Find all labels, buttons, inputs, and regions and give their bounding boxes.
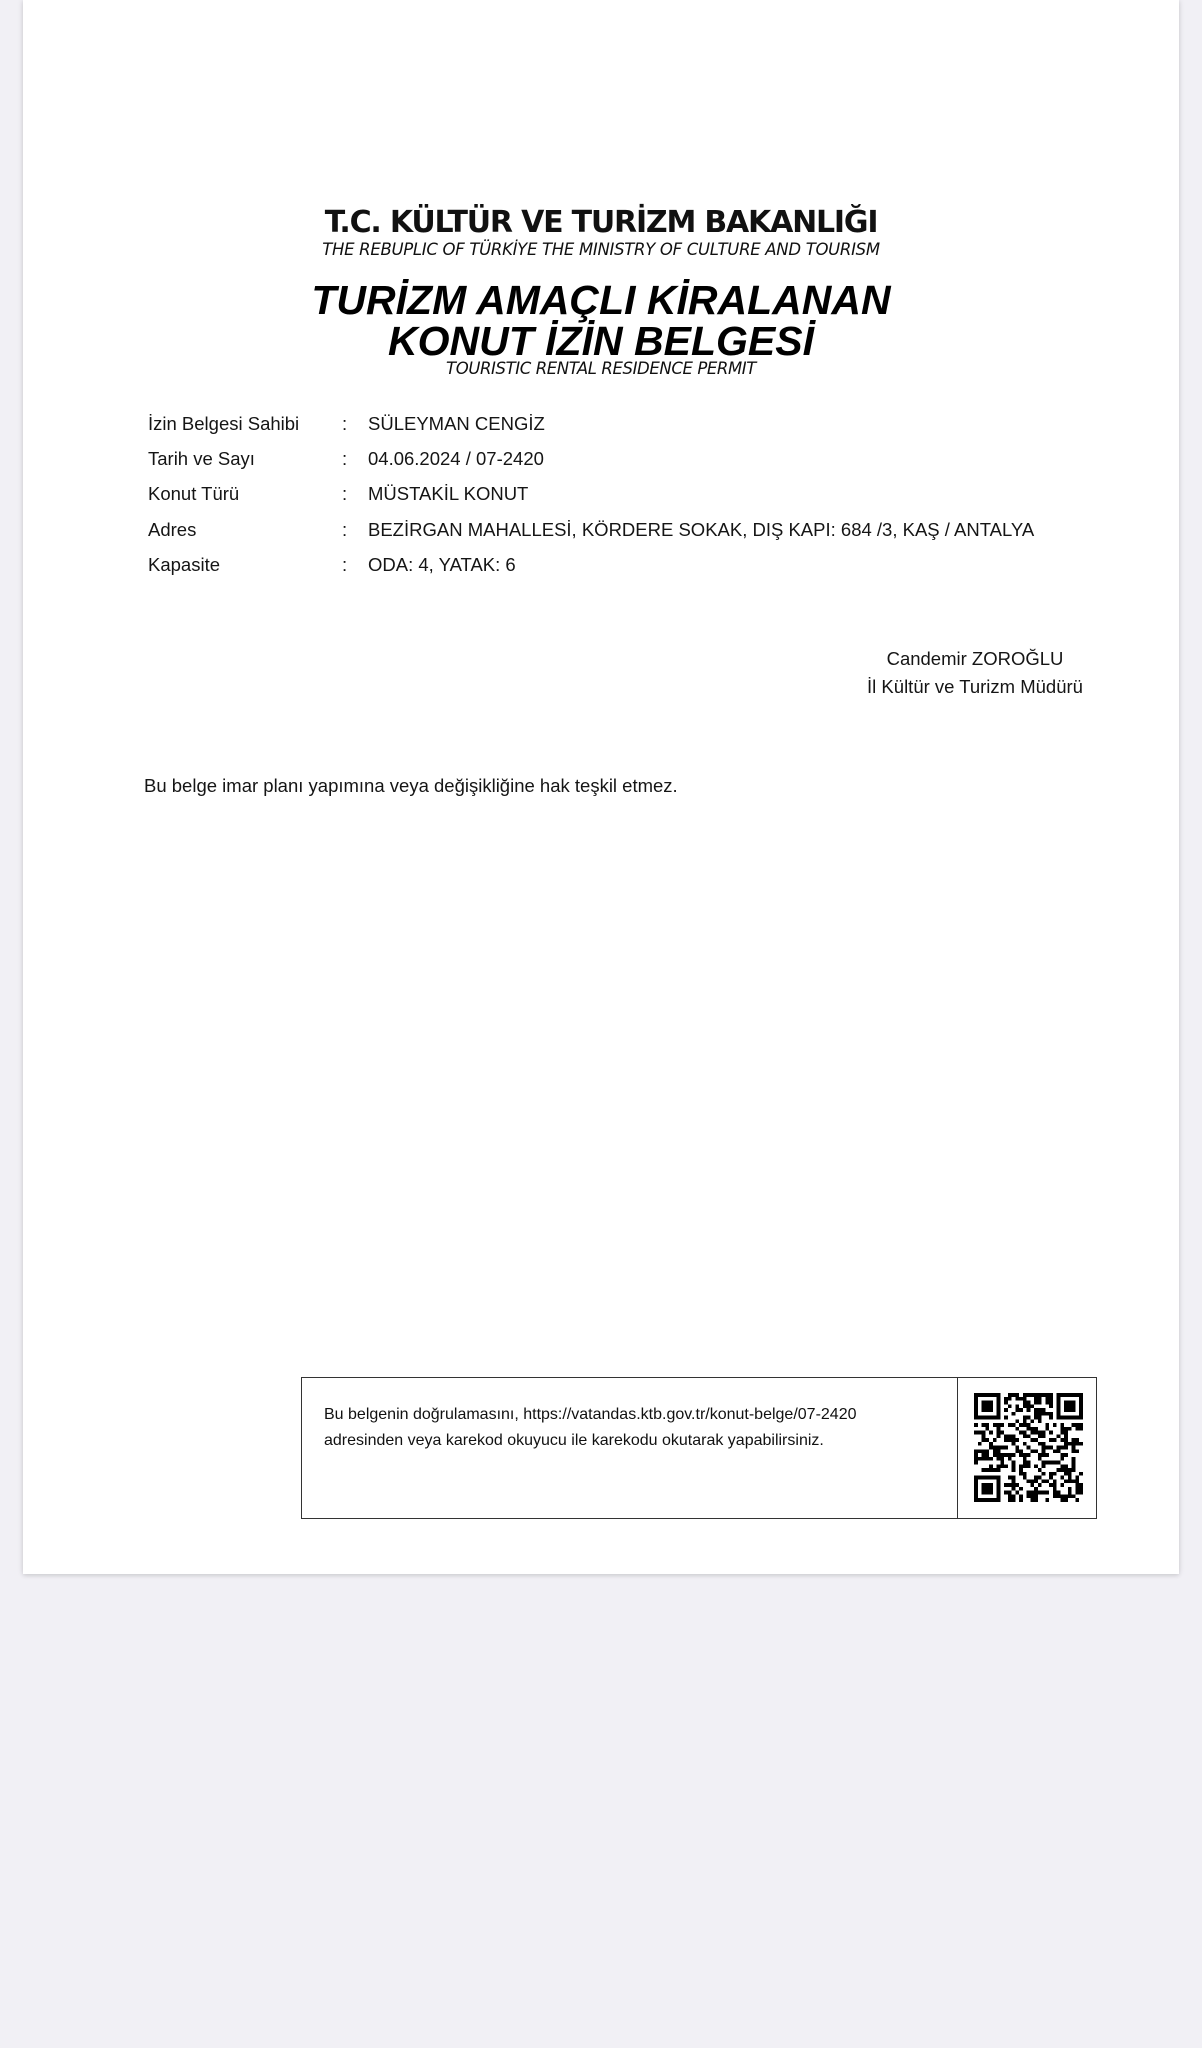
field-row-residence-type: Konut Türü : MÜSTAKİL KONUT xyxy=(0,483,1202,509)
field-separator: : xyxy=(342,519,347,541)
signer-title: İl Kültür ve Turizm Müdürü xyxy=(865,676,1085,698)
field-row-address: Adres : BEZİRGAN MAHALLESİ, KÖRDERE SOKA… xyxy=(0,519,1202,545)
document-title-line2: KONUT İZİN BELGESİ xyxy=(0,321,1202,362)
field-value: BEZİRGAN MAHALLESİ, KÖRDERE SOKAK, DIŞ K… xyxy=(368,519,1034,541)
field-label: Tarih ve Sayı xyxy=(148,448,255,470)
signer-name: Candemir ZOROĞLU xyxy=(885,648,1065,670)
verification-box: Bu belgenin doğrulamasını, https://vatan… xyxy=(301,1377,1097,1519)
document-title-line1: TURİZM AMAÇLI KİRALANAN xyxy=(0,280,1202,321)
field-value: MÜSTAKİL KONUT xyxy=(368,483,528,505)
verification-line1: Bu belgenin doğrulamasını, https://vatan… xyxy=(324,1402,857,1428)
field-separator: : xyxy=(342,483,347,505)
field-row-capacity: Kapasite : ODA: 4, YATAK: 6 xyxy=(0,554,1202,580)
field-label: İzin Belgesi Sahibi xyxy=(148,413,299,435)
field-row-date-number: Tarih ve Sayı : 04.06.2024 / 07-2420 xyxy=(0,448,1202,474)
verification-text: Bu belgenin doğrulamasını, https://vatan… xyxy=(324,1402,857,1454)
field-value: ODA: 4, YATAK: 6 xyxy=(368,554,516,576)
ministry-name: T.C. KÜLTÜR VE TURİZM BAKANLIĞI xyxy=(0,205,1202,240)
qr-code-icon[interactable] xyxy=(974,1393,1083,1502)
ministry-name-en: THE REBUPLIC OF TÜRKİYE THE MINISTRY OF … xyxy=(0,240,1202,259)
field-label: Adres xyxy=(148,519,196,541)
legal-notice: Bu belge imar planı yapımına veya değişi… xyxy=(144,775,678,797)
field-label: Konut Türü xyxy=(148,483,239,505)
field-value: 04.06.2024 / 07-2420 xyxy=(368,448,544,470)
divider xyxy=(957,1378,958,1518)
field-separator: : xyxy=(342,413,347,435)
field-separator: : xyxy=(342,554,347,576)
document-title-en: TOURISTIC RENTAL RESIDENCE PERMIT xyxy=(0,359,1202,378)
field-row-owner: İzin Belgesi Sahibi : SÜLEYMAN CENGİZ xyxy=(0,413,1202,439)
field-value: SÜLEYMAN CENGİZ xyxy=(368,413,545,435)
verification-line2: adresinden veya karekod okuyucu ile kare… xyxy=(324,1428,857,1454)
field-separator: : xyxy=(342,448,347,470)
field-label: Kapasite xyxy=(148,554,220,576)
